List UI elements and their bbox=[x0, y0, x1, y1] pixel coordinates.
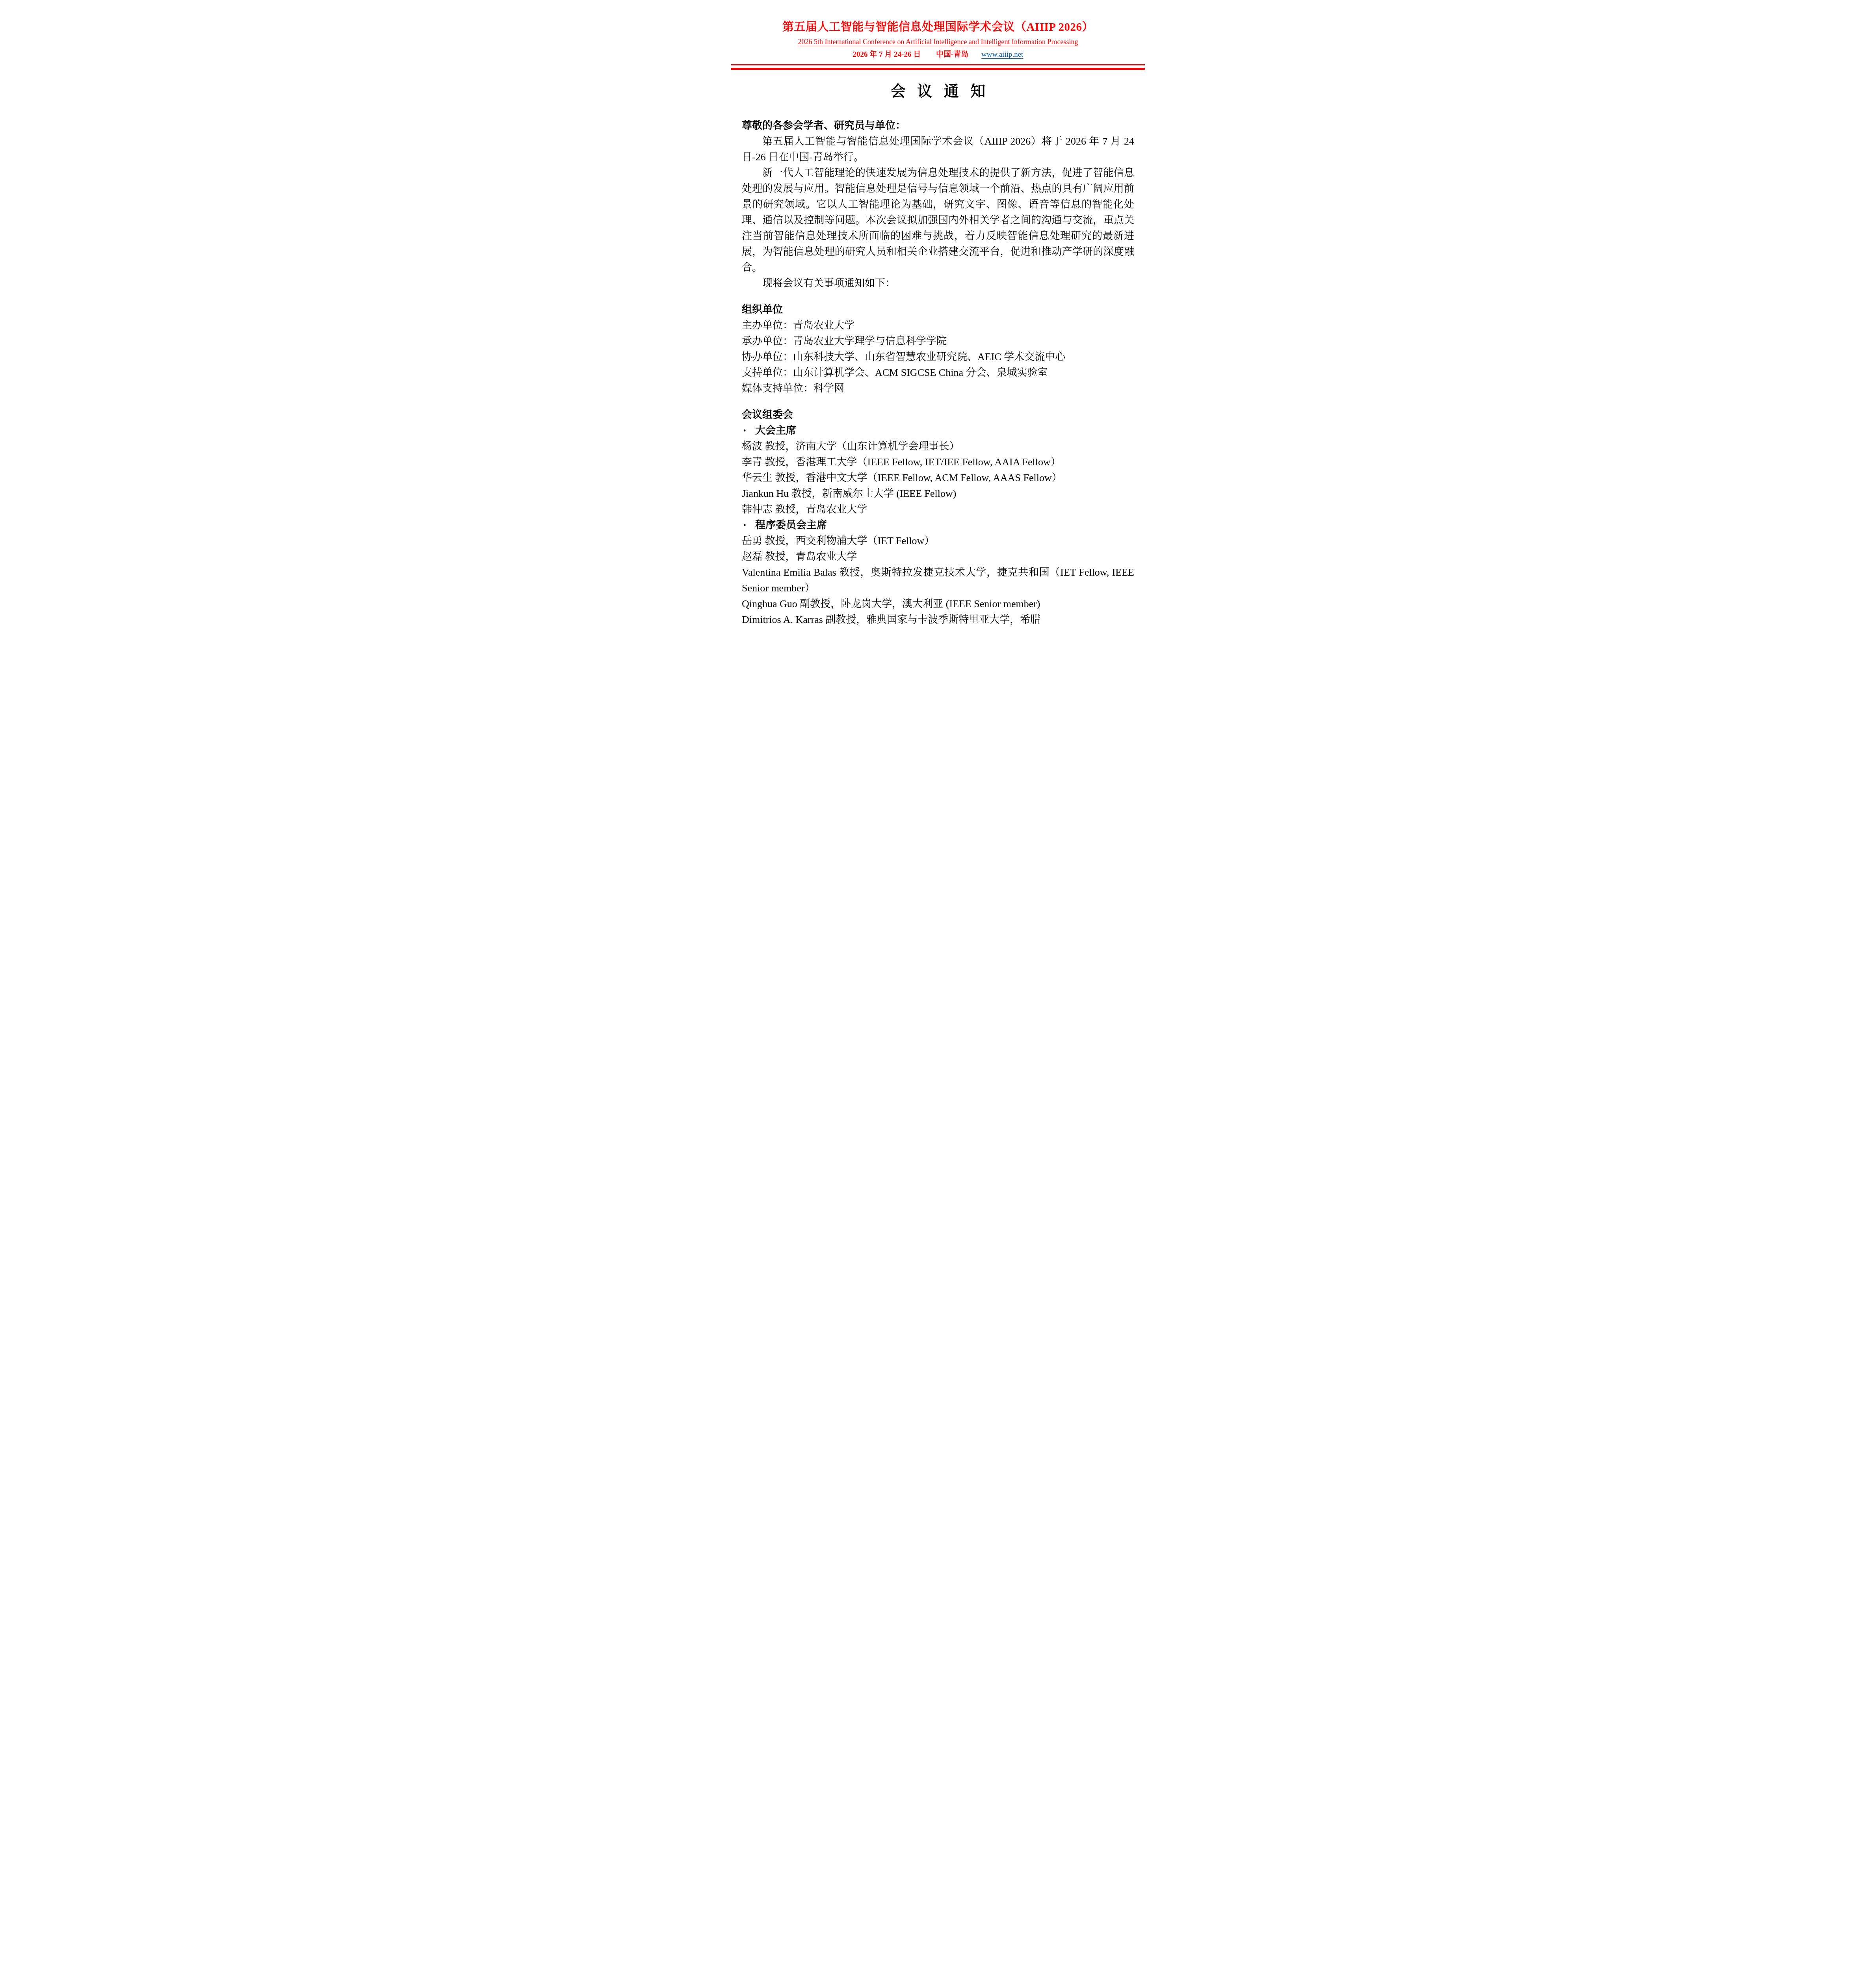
bullet-icon: • bbox=[742, 423, 755, 439]
org-organizer-line: 承办单位：青岛农业大学理学与信息科学学院 bbox=[742, 333, 1134, 349]
committee-member: Dimitrios A. Karras 副教授，雅典国家与卡波季斯特里亚大学，希… bbox=[742, 612, 1134, 628]
notice-body: 会 议 通 知 尊敬的各参会学者、研究员与单位： 第五届人工智能与智能信息处理国… bbox=[731, 82, 1145, 628]
organization-heading: 组织单位 bbox=[742, 302, 1134, 318]
notice-document-page: 第五届人工智能与智能信息处理国际学术会议（AIIIP 2026） 2026 5t… bbox=[704, 0, 1172, 663]
committee-heading: 会议组委会 bbox=[742, 407, 1134, 423]
conference-date: 2026 年 7 月 24-26 日 bbox=[853, 50, 921, 59]
committee-member: Jiankun Hu 教授，新南威尔士大学 (IEEE Fellow) bbox=[742, 486, 1134, 502]
conference-title-en: 2026 5th International Conference on Art… bbox=[731, 37, 1145, 47]
committee-member: 赵磊 教授，青岛农业大学 bbox=[742, 549, 1134, 565]
conference-website-link[interactable]: www.aiiip.net bbox=[981, 50, 1023, 59]
letterhead: 第五届人工智能与智能信息处理国际学术会议（AIIIP 2026） 2026 5t… bbox=[731, 20, 1145, 70]
red-divider-thin bbox=[731, 64, 1145, 65]
committee-group-title: 大会主席 bbox=[755, 425, 796, 436]
committee-group-title: 程序委员会主席 bbox=[755, 519, 827, 531]
bullet-icon: • bbox=[742, 517, 755, 533]
red-divider-thick bbox=[731, 68, 1145, 70]
committee-group-chairs: •大会主席 bbox=[742, 423, 1134, 439]
org-host-line: 主办单位：青岛农业大学 bbox=[742, 318, 1134, 333]
conference-title-cn: 第五届人工智能与智能信息处理国际学术会议（AIIIP 2026） bbox=[731, 20, 1145, 35]
org-coorganizer-line: 协办单位：山东科技大学、山东省智慧农业研究院、AEIC 学术交流中心 bbox=[742, 349, 1134, 365]
committee-member: 岳勇 教授，西交利物浦大学（IET Fellow） bbox=[742, 533, 1134, 549]
closing-paragraph: 现将会议有关事项通知如下： bbox=[742, 275, 1134, 291]
org-media-line: 媒体支持单位：科学网 bbox=[742, 381, 1134, 396]
conference-dateline: 2026 年 7 月 24-26 日 中国-青岛 www.aiiip.net bbox=[731, 49, 1145, 60]
committee-member: 李青 教授，香港理工大学（IEEE Fellow, IET/IEE Fellow… bbox=[742, 454, 1134, 470]
committee-group-program-chairs: •程序委员会主席 bbox=[742, 517, 1134, 533]
committee-member: 杨波 教授，济南大学（山东计算机学会理事长） bbox=[742, 439, 1134, 454]
conference-location: 中国-青岛 bbox=[936, 50, 968, 59]
org-supporter-line: 支持单位：山东计算机学会、ACM SIGCSE China 分会、泉城实验室 bbox=[742, 365, 1134, 381]
committee-member: Qinghua Guo 副教授，卧龙岗大学，澳大利亚 (IEEE Senior … bbox=[742, 596, 1134, 612]
background-paragraph: 新一代人工智能理论的快速发展为信息处理技术的提供了新方法，促进了智能信息处理的发… bbox=[742, 165, 1134, 275]
committee-member: Valentina Emilia Balas 教授，奥斯特拉发捷克技术大学，捷克… bbox=[742, 565, 1134, 596]
committee-member: 华云生 教授，香港中文大学（IEEE Fellow, ACM Fellow, A… bbox=[742, 470, 1134, 486]
notice-title: 会 议 通 知 bbox=[742, 82, 1134, 100]
committee-member: 韩仲志 教授，青岛农业大学 bbox=[742, 502, 1134, 517]
intro-paragraph: 第五届人工智能与智能信息处理国际学术会议（AIIIP 2026）将于 2026 … bbox=[742, 134, 1134, 165]
salutation: 尊敬的各参会学者、研究员与单位： bbox=[742, 118, 1134, 134]
